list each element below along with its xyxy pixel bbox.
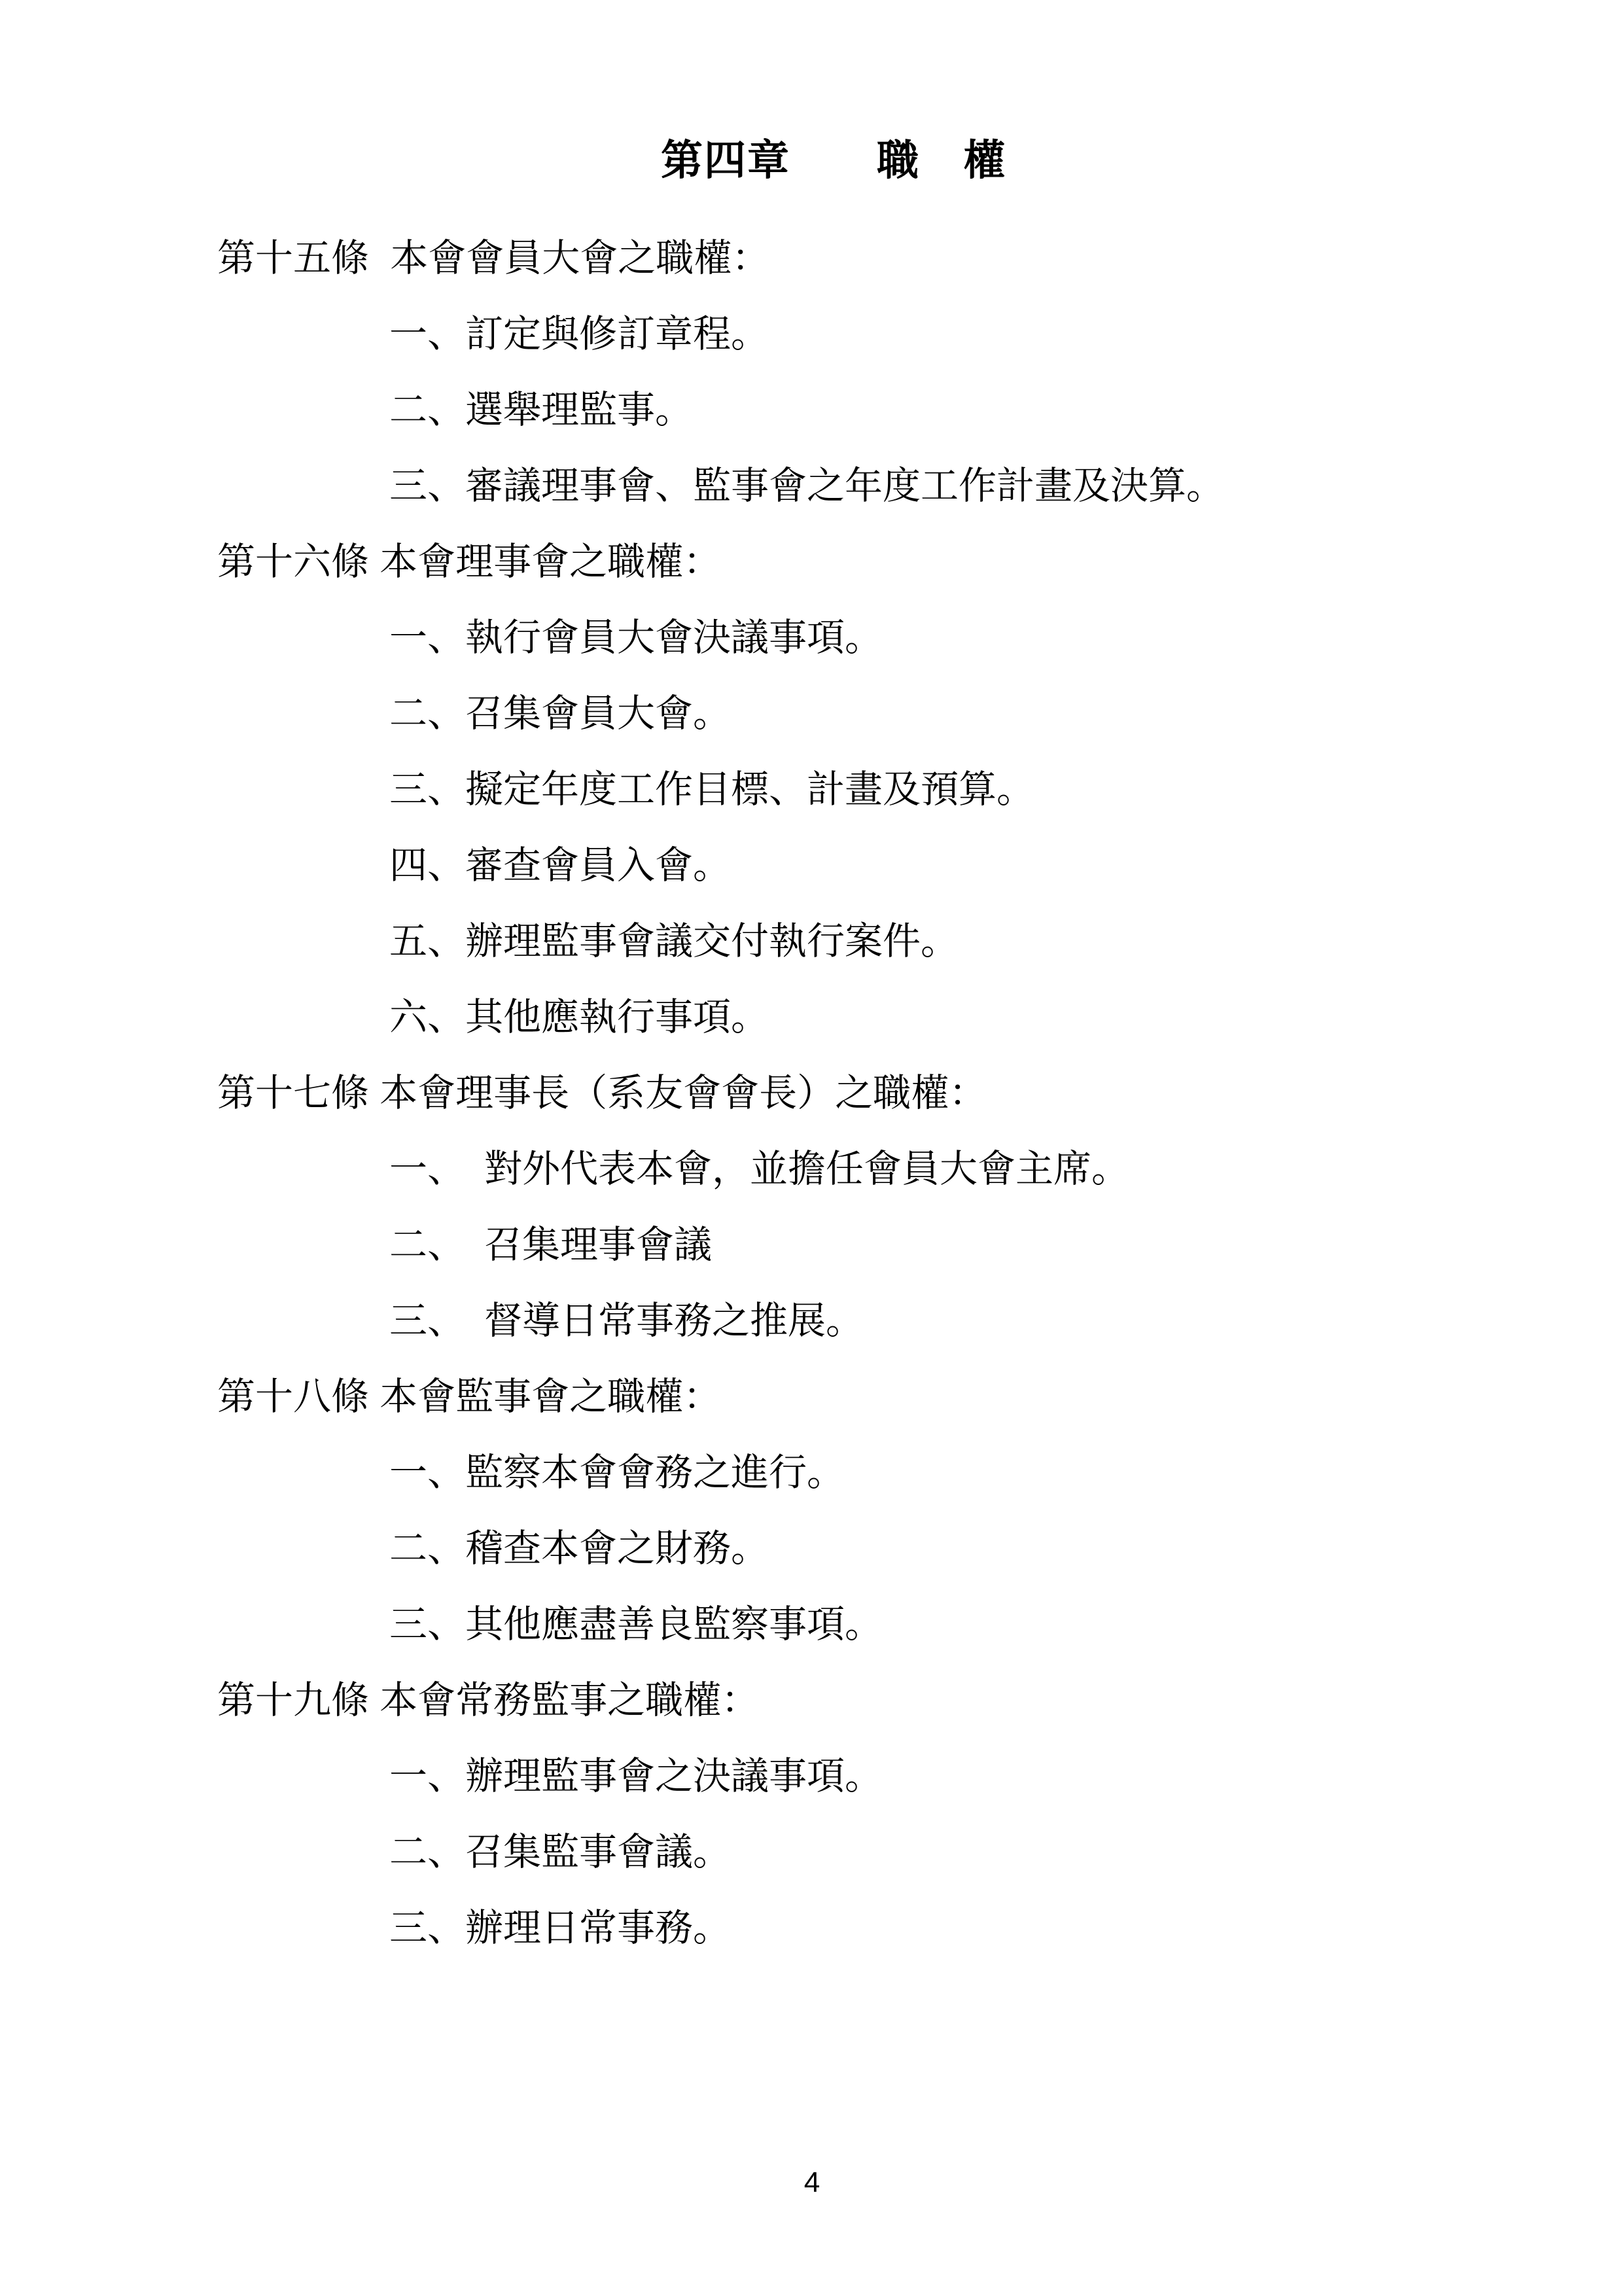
article-16-item-3: 三、擬定年度工作目標、計畫及預算。 bbox=[389, 771, 1034, 809]
article-16-item-1: 一、執行會員大會決議事項。 bbox=[389, 619, 883, 657]
article-16-item-2: 二、召集會員大會。 bbox=[389, 695, 731, 733]
page-number: 4 bbox=[0, 2168, 1624, 2197]
article-17-heading: 第十七條 本會理事長（系友會會長）之職權： bbox=[217, 1074, 987, 1112]
article-15-heading: 第十五條 本會會員大會之職權： bbox=[217, 239, 769, 277]
article-15-item-2: 二、選舉理監事。 bbox=[389, 391, 693, 429]
article-19-heading: 第十九條 本會常務監事之職權： bbox=[217, 1682, 759, 1720]
article-19-item-1: 一、辦理監事會之決議事項。 bbox=[389, 1757, 883, 1795]
article-16-item-4: 四、審查會員入會。 bbox=[389, 847, 731, 885]
article-17-item-2: 二、 召集理事會議 bbox=[389, 1226, 712, 1264]
document-page: 第四章 職 權 第十五條 本會會員大會之職權： 一、訂定與修訂章程。 二、選舉理… bbox=[0, 0, 1624, 2296]
article-15-item-3: 三、審議理事會、監事會之年度工作計畫及決算。 bbox=[389, 467, 1224, 505]
article-18-item-1: 一、監察本會會務之進行。 bbox=[389, 1454, 845, 1492]
article-16-heading: 第十六條 本會理事會之職權： bbox=[217, 543, 721, 581]
chapter-title: 第四章 職 權 bbox=[661, 139, 1006, 181]
article-18-heading: 第十八條 本會監事會之職權： bbox=[217, 1378, 721, 1416]
article-17-item-3: 三、 督導日常事務之推展。 bbox=[389, 1302, 864, 1340]
article-19-item-2: 二、召集監事會議。 bbox=[389, 1833, 731, 1871]
article-17-item-1: 一、 對外代表本會，並擔任會員大會主席。 bbox=[389, 1150, 1129, 1188]
article-18-item-2: 二、稽查本會之財務。 bbox=[389, 1530, 769, 1568]
article-15-item-1: 一、訂定與修訂章程。 bbox=[389, 315, 769, 353]
article-18-item-3: 三、其他應盡善良監察事項。 bbox=[389, 1606, 883, 1644]
article-16-item-6: 六、其他應執行事項。 bbox=[389, 998, 769, 1036]
article-16-item-5: 五、辦理監事會議交付執行案件。 bbox=[389, 923, 959, 961]
article-19-item-3: 三、辦理日常事務。 bbox=[389, 1909, 731, 1947]
